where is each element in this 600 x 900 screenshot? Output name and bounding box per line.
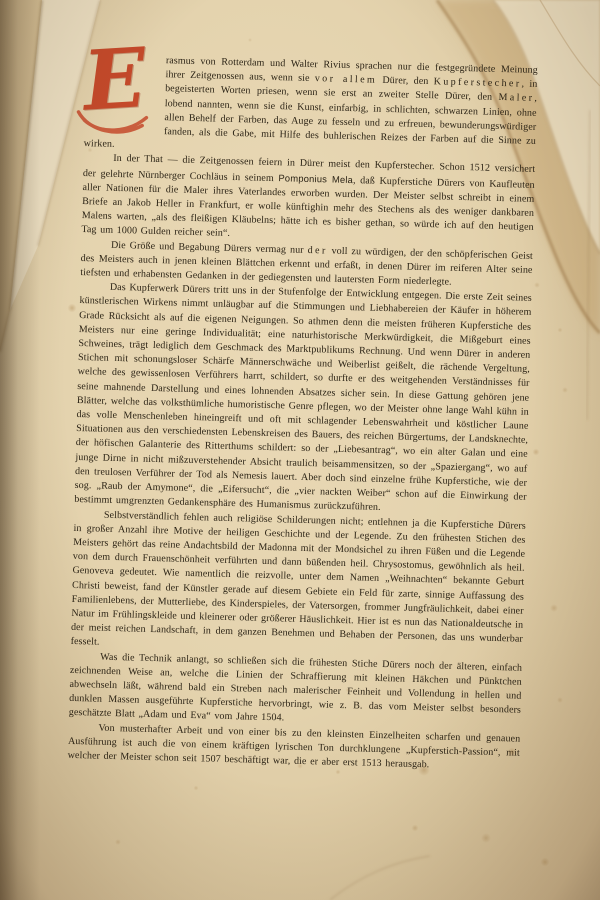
paragraph: Selbstverständlich fehlen auch religiöse… — [70, 507, 526, 661]
text-segment: vor allem — [315, 73, 378, 86]
paragraph: Das Kupferwerk Dürers tritt uns in der S… — [74, 280, 532, 519]
text-segment: Das Kupferwerk Dürers tritt uns in der S… — [74, 282, 532, 513]
page-text: Erasmus von Rotterdam und Walter Rivius … — [67, 52, 537, 775]
text-segment: Pomponius Mela — [278, 172, 353, 185]
text-segment: Kupferstecher — [434, 76, 522, 89]
book-photo: Erasmus von Rotterdam und Walter Rivius … — [0, 0, 600, 900]
drop-cap-letter: E — [81, 37, 148, 123]
paragraph: Was die Technik anlangt, so schließen si… — [69, 649, 523, 732]
text-segment: Was die Technik anlangt, so schließen si… — [69, 651, 523, 724]
paragraph: In der That — die Zeitgenossen feiern in… — [81, 151, 535, 249]
text-segment: der — [308, 245, 328, 257]
text-segment: Selbstverständlich fehlen auch religiöse… — [70, 509, 525, 648]
text-segment: Dürer, den — [377, 75, 434, 87]
paragraph: Erasmus von Rotterdam und Walter Rivius … — [83, 52, 537, 163]
text-segment: , daß Kupferstiche Dürers von Kaufleuten… — [81, 175, 535, 240]
drop-cap-initial: E — [72, 54, 160, 136]
text-segment: Maler — [498, 92, 534, 104]
text-segment: Die Größe und Begabung Dürers vermag nur — [111, 239, 308, 255]
